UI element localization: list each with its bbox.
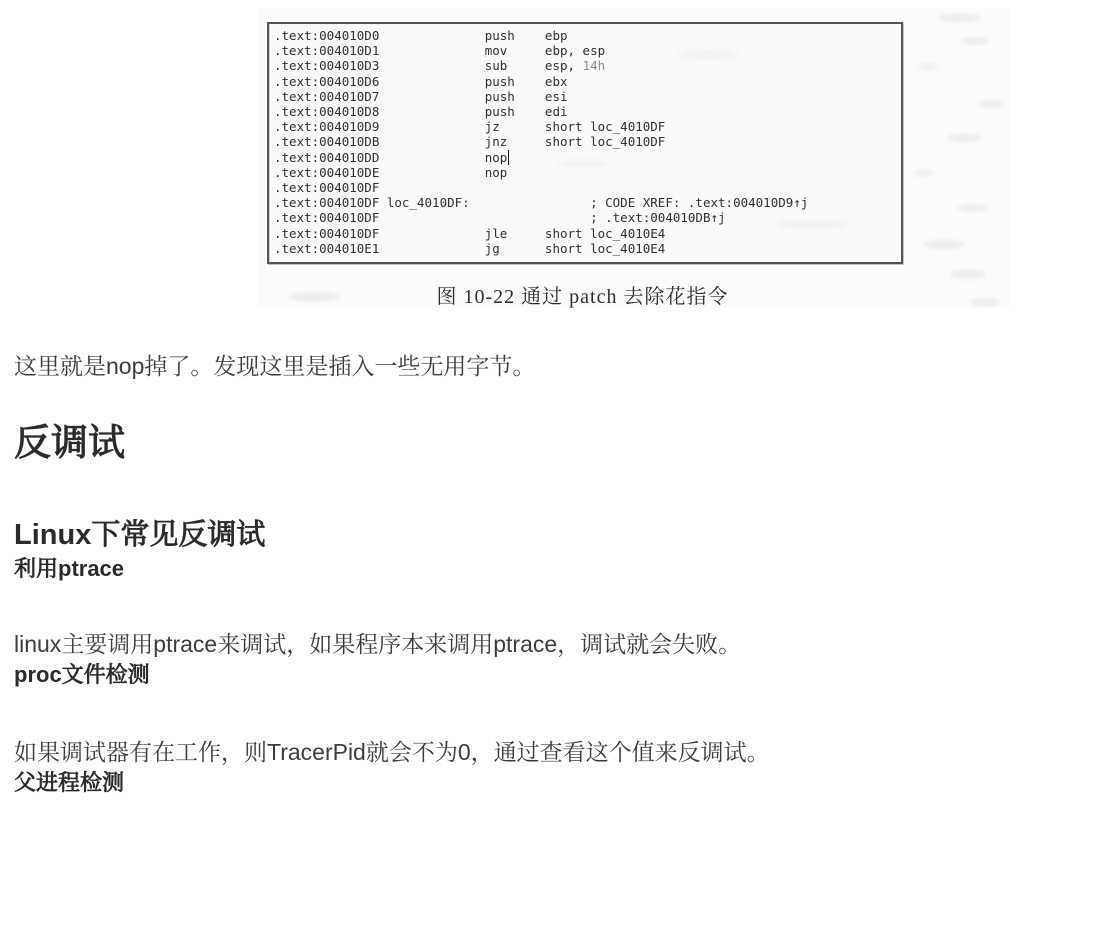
- scan-noise: [978, 100, 1004, 108]
- asm-line: .text:004010DF loc_4010DF: ; CODE XREF: …: [274, 195, 901, 210]
- asm-line: .text:004010E1 jg short loc_4010E4: [274, 241, 901, 256]
- scan-noise: [970, 298, 1000, 306]
- scan-noise: [778, 220, 848, 229]
- scan-noise: [288, 292, 340, 302]
- heading-ptrace: 利用ptrace: [14, 554, 1093, 583]
- scan-noise: [948, 134, 982, 142]
- scan-noise: [958, 204, 988, 212]
- scan-noise: [914, 170, 932, 176]
- asm-line: .text:004010D8 push edi: [274, 104, 901, 119]
- scan-noise: [924, 240, 964, 249]
- figure-caption: 图 10-22 通过 patch 去除花指令: [267, 280, 898, 309]
- paragraph-nop-note: 这里就是nop掉了。发现这里是插入一些无用字节。: [14, 350, 1093, 382]
- scan-noise: [938, 14, 980, 22]
- asm-line: .text:004010DE nop: [274, 165, 901, 180]
- document-page: .text:004010D0 push ebp.text:004010D1 mo…: [0, 8, 1107, 797]
- asm-line: .text:004010D7 push esi: [274, 89, 901, 104]
- figure-scan-image: .text:004010D0 push ebp.text:004010D1 mo…: [258, 8, 1010, 308]
- scan-noise: [960, 38, 990, 45]
- scan-noise: [558, 160, 608, 167]
- scan-noise: [918, 64, 938, 70]
- paragraph-tracerpid: 如果调试器有在工作，则TracerPid就会不为0，通过查看这个值来反调试。: [14, 736, 1093, 768]
- asm-line: .text:004010D1 mov ebp, esp: [274, 43, 901, 58]
- heading-antidebug: 反调试: [14, 420, 1093, 466]
- heading-proc-file-check: proc文件检测: [14, 660, 1093, 689]
- asm-line: .text:004010D3 sub esp, 14h: [274, 58, 901, 73]
- scan-noise: [678, 50, 738, 58]
- asm-line: .text:004010D6 push ebx: [274, 74, 901, 89]
- paragraph-ptrace: linux主要调用ptrace来调试，如果程序本来调用ptrace，调试就会失败…: [14, 628, 1093, 660]
- asm-line: .text:004010DF: [274, 180, 901, 195]
- scan-noise: [950, 270, 986, 279]
- asm-line: .text:004010D0 push ebp: [274, 28, 901, 43]
- heading-linux-antidebug: Linux下常见反调试: [14, 516, 1093, 554]
- heading-parent-process-check: 父进程检测: [14, 768, 1093, 797]
- asm-line: .text:004010D9 jz short loc_4010DF: [274, 119, 901, 134]
- asm-line: .text:004010DB jnz short loc_4010DF: [274, 134, 901, 149]
